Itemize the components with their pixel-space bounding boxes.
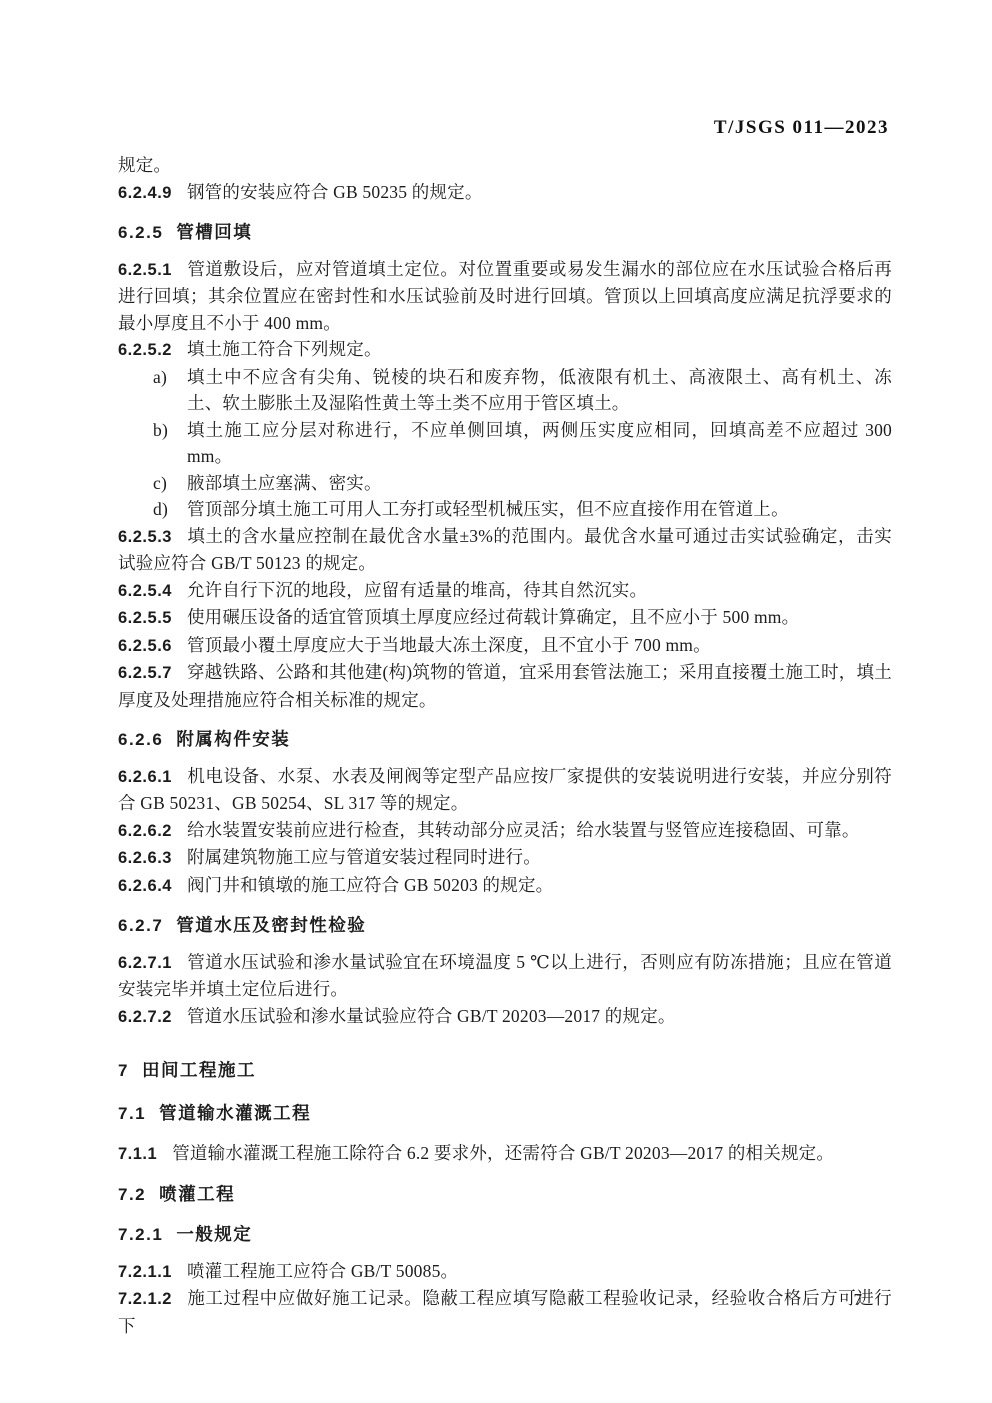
chapter-heading-7: 7田间工程施工 [118, 1057, 892, 1085]
list-item-a: a)填土中不应含有尖角、锐棱的块石和废弃物，低液限有机土、高液限土、高有机土、冻… [118, 364, 892, 417]
clause-text: 附属建筑物施工应与管道安装过程同时进行。 [187, 847, 541, 867]
list-item-b: b)填土施工应分层对称进行，不应单侧回填，两侧压实度应相同，回填高差不应超过 3… [118, 417, 892, 470]
clause-text: 给水装置安装前应进行检查，其转动部分应灵活；给水装置与竖管应连接稳固、可靠。 [187, 820, 860, 840]
clause-number: 6.2.5.3 [118, 528, 172, 546]
page-number: 7 [854, 1290, 863, 1310]
heading-7-1: 7.1管道输水灌溉工程 [118, 1100, 892, 1128]
clause-text: 允许自行下沉的地段，应留有适量的堆高，待其自然沉实。 [187, 580, 647, 600]
heading-text: 喷灌工程 [159, 1184, 235, 1204]
clause-number: 6.2.5.4 [118, 582, 172, 600]
clause-6-2-5-1: 6.2.5.1管道敷设后，应对管道填土定位。对位置重要或易发生漏水的部位应在水压… [118, 256, 892, 337]
heading-number: 6.2.7 [118, 916, 163, 935]
clause-6-2-5-6: 6.2.5.6管顶最小覆土厚度应大于当地最大冻土深度，且不宜小于 700 mm。 [118, 632, 892, 660]
list-label: c) [153, 470, 187, 497]
clause-number: 6.2.6.2 [118, 822, 172, 840]
clause-6-2-5-5: 6.2.5.5使用碾压设备的适宜管顶填土厚度应经过荷载计算确定，且不应小于 50… [118, 604, 892, 632]
clause-6-2-5-4: 6.2.5.4允许自行下沉的地段，应留有适量的堆高，待其自然沉实。 [118, 577, 892, 605]
clause-number: 6.2.7.1 [118, 954, 172, 972]
list-item-d: d)管顶部分填土施工可用人工夯打或轻型机械压实，但不应直接作用在管道上。 [118, 496, 892, 523]
heading-text: 管道水压及密封性检验 [176, 915, 366, 935]
clause-6-2-5-3: 6.2.5.3填土的含水量应控制在最优含水量±3%的范围内。最优含水量可通过击实… [118, 523, 892, 577]
heading-text: 一般规定 [176, 1224, 252, 1244]
list-text: 填土施工应分层对称进行，不应单侧回填，两侧压实度应相同，回填高差不应超过 300… [187, 417, 892, 470]
clause-text: 管道敷设后，应对管道填土定位。对位置重要或易发生漏水的部位应在水压试验合格后再进… [118, 259, 892, 333]
clause-6-2-7-2: 6.2.7.2管道水压试验和渗水量试验应符合 GB/T 20203—2017 的… [118, 1003, 892, 1031]
list-label: a) [153, 364, 187, 417]
heading-number: 6.2.6 [118, 730, 163, 749]
clause-6-2-5-2: 6.2.5.2填土施工符合下列规定。 [118, 336, 892, 364]
clause-number: 7.2.1.2 [118, 1290, 172, 1308]
clause-number: 7.1.1 [118, 1145, 157, 1163]
clause-number: 6.2.5.1 [118, 261, 172, 279]
list-text: 管顶部分填土施工可用人工夯打或轻型机械压实，但不应直接作用在管道上。 [187, 496, 892, 523]
heading-6-2-7: 6.2.7管道水压及密封性检验 [118, 912, 892, 940]
clause-text: 喷灌工程施工应符合 GB/T 50085。 [187, 1261, 458, 1281]
clause-text: 填土施工符合下列规定。 [187, 339, 382, 359]
clause-number: 6.2.4.9 [118, 184, 172, 202]
clause-number: 6.2.7.2 [118, 1008, 172, 1026]
list-item-c: c)腋部填土应塞满、密实。 [118, 470, 892, 497]
clause-text: 管顶最小覆土厚度应大于当地最大冻土深度，且不宜小于 700 mm。 [187, 635, 711, 655]
clause-text: 管道水压试验和渗水量试验应符合 GB/T 20203—2017 的规定。 [187, 1006, 676, 1026]
list-label: b) [153, 417, 187, 470]
list-text: 腋部填土应塞满、密实。 [187, 470, 892, 497]
heading-text: 田间工程施工 [142, 1060, 256, 1080]
heading-text: 管道输水灌溉工程 [159, 1103, 311, 1123]
list-text: 填土中不应含有尖角、锐棱的块石和废弃物，低液限有机土、高液限土、高有机土、冻土、… [187, 364, 892, 417]
clause-text: 穿越铁路、公路和其他建(构)筑物的管道，宜采用套管法施工；采用直接覆土施工时，填… [118, 662, 892, 710]
heading-7-2-1: 7.2.1一般规定 [118, 1221, 892, 1249]
clause-number: 6.2.5.7 [118, 664, 172, 682]
clause-text: 阀门井和镇墩的施工应符合 GB 50203 的规定。 [187, 875, 553, 895]
clause-6-2-7-1: 6.2.7.1管道水压试验和渗水量试验宜在环境温度 5 ℃以上进行，否则应有防冻… [118, 949, 892, 1003]
clause-number: 6.2.6.4 [118, 877, 172, 895]
heading-text: 附属构件安装 [176, 729, 290, 749]
heading-6-2-5: 6.2.5管槽回填 [118, 219, 892, 247]
clause-6-2-5-7: 6.2.5.7穿越铁路、公路和其他建(构)筑物的管道，宜采用套管法施工；采用直接… [118, 659, 892, 713]
clause-6-2-6-4: 6.2.6.4阀门井和镇墩的施工应符合 GB 50203 的规定。 [118, 872, 892, 900]
clause-number: 7.2.1.1 [118, 1263, 172, 1281]
continuation-text: 规定。 [118, 152, 892, 179]
clause-7-1-1: 7.1.1管道输水灌溉工程施工除符合 6.2 要求外，还需符合 GB/T 202… [118, 1140, 892, 1168]
clause-6-2-6-1: 6.2.6.1机电设备、水泵、水表及闸阀等定型产品应按厂家提供的安装说明进行安装… [118, 763, 892, 817]
clause-number: 6.2.5.2 [118, 341, 172, 359]
clause-text: 管道输水灌溉工程施工除符合 6.2 要求外，还需符合 GB/T 20203—20… [172, 1143, 834, 1163]
heading-7-2: 7.2喷灌工程 [118, 1181, 892, 1209]
document-number-header: T/JSGS 011—2023 [714, 117, 889, 139]
heading-number: 7 [118, 1061, 129, 1080]
heading-number: 7.2.1 [118, 1225, 163, 1244]
list-label: d) [153, 496, 187, 523]
heading-number: 7.1 [118, 1104, 146, 1123]
clause-text: 使用碾压设备的适宜管顶填土厚度应经过荷载计算确定，且不应小于 500 mm。 [187, 607, 799, 627]
heading-number: 6.2.5 [118, 223, 163, 242]
clause-text: 机电设备、水泵、水表及闸阀等定型产品应按厂家提供的安装说明进行安装，并应分别符合… [118, 766, 892, 814]
clause-text: 施工过程中应做好施工记录。隐蔽工程应填写隐蔽工程验收记录，经验收合格后方可进行下 [118, 1288, 892, 1336]
heading-number: 7.2 [118, 1185, 146, 1204]
clause-7-2-1-2: 7.2.1.2施工过程中应做好施工记录。隐蔽工程应填写隐蔽工程验收记录，经验收合… [118, 1285, 892, 1339]
clause-number: 6.2.5.5 [118, 609, 172, 627]
clause-number: 6.2.5.6 [118, 637, 172, 655]
clause-text: 填土的含水量应控制在最优含水量±3%的范围内。最优含水量可通过击实试验确定，击实… [118, 526, 892, 574]
document-page: T/JSGS 011—2023 规定。 6.2.4.9钢管的安装应符合 GB 5… [0, 0, 992, 1403]
document-body: 规定。 6.2.4.9钢管的安装应符合 GB 50235 的规定。 6.2.5管… [118, 152, 892, 1339]
clause-text: 钢管的安装应符合 GB 50235 的规定。 [187, 182, 483, 202]
clause-6-2-6-3: 6.2.6.3附属建筑物施工应与管道安装过程同时进行。 [118, 844, 892, 872]
clause-number: 6.2.6.3 [118, 849, 172, 867]
heading-6-2-6: 6.2.6附属构件安装 [118, 726, 892, 754]
clause-text: 管道水压试验和渗水量试验宜在环境温度 5 ℃以上进行，否则应有防冻措施；且应在管… [118, 952, 892, 1000]
clause-6-2-4-9: 6.2.4.9钢管的安装应符合 GB 50235 的规定。 [118, 179, 892, 207]
clause-6-2-6-2: 6.2.6.2给水装置安装前应进行检查，其转动部分应灵活；给水装置与竖管应连接稳… [118, 817, 892, 845]
heading-text: 管槽回填 [176, 222, 252, 242]
clause-number: 6.2.6.1 [118, 768, 172, 786]
clause-7-2-1-1: 7.2.1.1喷灌工程施工应符合 GB/T 50085。 [118, 1258, 892, 1286]
